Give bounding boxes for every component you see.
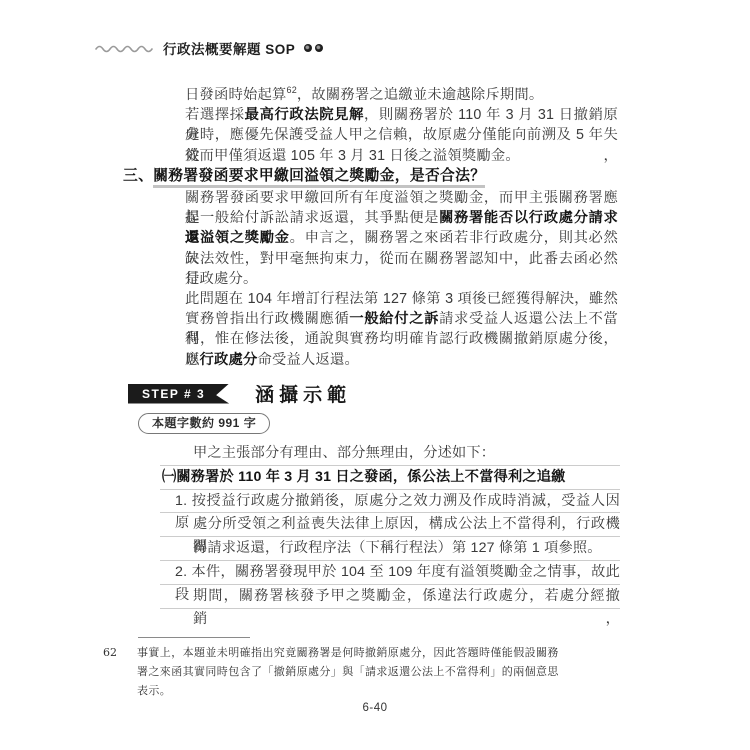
text-line: 缺法效性，對甲毫無拘束力，從而在關務署認知中，此番去函必然是	[185, 249, 618, 269]
text-line: 利，惟在修法後，通說與實務均明確肯認行政機關撤銷原處分後，應	[185, 329, 618, 349]
difficulty-dot-icon	[315, 44, 323, 52]
footnote-line: 表示。	[137, 682, 559, 701]
footnote-line: 署之來函其實同時包含了「撤銷原處分」與「請求返還公法上不當得利」的兩個意思	[137, 663, 559, 682]
book-title: 行政法概要解題 SOP	[163, 38, 295, 58]
footnote-ref: 62	[286, 85, 296, 95]
page-header: 行政法概要解題 SOP	[95, 38, 323, 58]
answer-row-heading: ㈠關務署於 110 年 3 月 31 日之發函，係公法上不當得利之追繳	[160, 466, 620, 490]
footnote-separator	[138, 637, 250, 638]
footnote-text: 事實上，本題並未明確指出究竟關務署是何時撤銷原處分，因此答題時僅能假設關務 署之…	[137, 644, 559, 700]
text-line: 關務署發函要求甲繳回所有年度溢領之獎勵金，而甲主張關務署應提	[185, 188, 618, 208]
question-heading: 三、關務署發函要求甲繳回溢領之獎勵金，是否合法？	[123, 167, 485, 186]
difficulty-dot-icon	[304, 44, 312, 52]
text-line: 起一般給付訴訟請求返還，其爭點便是關務署能否以行政處分請求返	[185, 208, 618, 228]
word-count-pill: 本題字數約 991 字	[138, 413, 270, 434]
text-line: 此問題在 104 年增訂行程法第 127 條第 3 項後已經獲得解決，雖然	[185, 289, 618, 309]
text-line: 分時，應優先保護受益人甲之信賴，故原處分僅能向前溯及 5 年失效，	[185, 125, 618, 145]
paragraph-question3-analysis: 關務署發函要求甲繳回所有年度溢領之獎勵金，而甲主張關務署應提 起一般給付訴訟請求…	[185, 188, 618, 370]
answer-row: 甲之主張部分有理由、部分無理由，分述如下：	[160, 442, 620, 466]
text-line: 還溢領之獎勵金。申言之，關務署之來函若非行政處分，則其必然欠	[185, 228, 618, 248]
answer-row: 期間，關務署核發予甲之獎勵金，係違法行政處分，若處分經撤銷，	[160, 585, 620, 609]
answer-row: 得請求返還，行政程序法（下稱行程法）第 127 條第 1 項參照。	[160, 537, 620, 561]
question-number: 三、	[123, 168, 153, 184]
answer-row: 2. 本件，關務署發現甲於 104 至 109 年度有溢領獎勵金之情事，故此段	[160, 561, 620, 585]
page-number: 6-40	[0, 702, 750, 714]
footnote-number: 62	[103, 644, 137, 700]
step3-section-header: STEP # 3 涵攝示範	[128, 380, 351, 407]
paragraph-answer-part2: 日發函時始起算62，故關務署之追繳並未逾越除斥期間。 若選擇採最高行政法院見解，…	[185, 85, 618, 166]
text-line: 若選擇採最高行政法院見解，則關務署於 110 年 3 月 31 日撤銷原處	[185, 105, 618, 125]
model-answer-sheet: 甲之主張部分有理由、部分無理由，分述如下： ㈠關務署於 110 年 3 月 31…	[160, 442, 620, 609]
footnote-line: 事實上，本題並未明確指出究竟關務署是何時撤銷原處分，因此答題時僅能假設關務	[137, 644, 559, 663]
book-page: 行政法概要解題 SOP 日發函時始起算62，故關務署之追繳並未逾越除斥期間。 若…	[0, 0, 750, 750]
answer-row: 處分所受領之利益喪失法律上原因，構成公法上不當得利，行政機關	[160, 513, 620, 537]
wavy-line-icon	[95, 43, 153, 53]
step-section-title: 涵攝示範	[255, 380, 351, 407]
difficulty-dots-icon	[301, 44, 323, 52]
text-line: 實務曾指出行政機關應循一般給付之訴請求受益人返還公法上不當得	[185, 309, 618, 329]
text-line: 日發函時始起算62，故關務署之追繳並未逾越除斥期間。	[185, 85, 618, 105]
text-line: 以行政處分命受益人返還。	[185, 350, 618, 370]
footnote: 62 事實上，本題並未明確指出究竟關務署是何時撤銷原處分，因此答題時僅能假設關務…	[103, 644, 651, 700]
question-title: 關務署發函要求甲繳回溢領之獎勵金，是否合法？	[153, 168, 485, 188]
step-badge: STEP # 3	[128, 384, 229, 404]
text-line: 行政處分。	[185, 269, 618, 289]
answer-row: 1. 按授益行政處分撤銷後，原處分之效力溯及作成時消滅，受益人因原	[160, 490, 620, 514]
